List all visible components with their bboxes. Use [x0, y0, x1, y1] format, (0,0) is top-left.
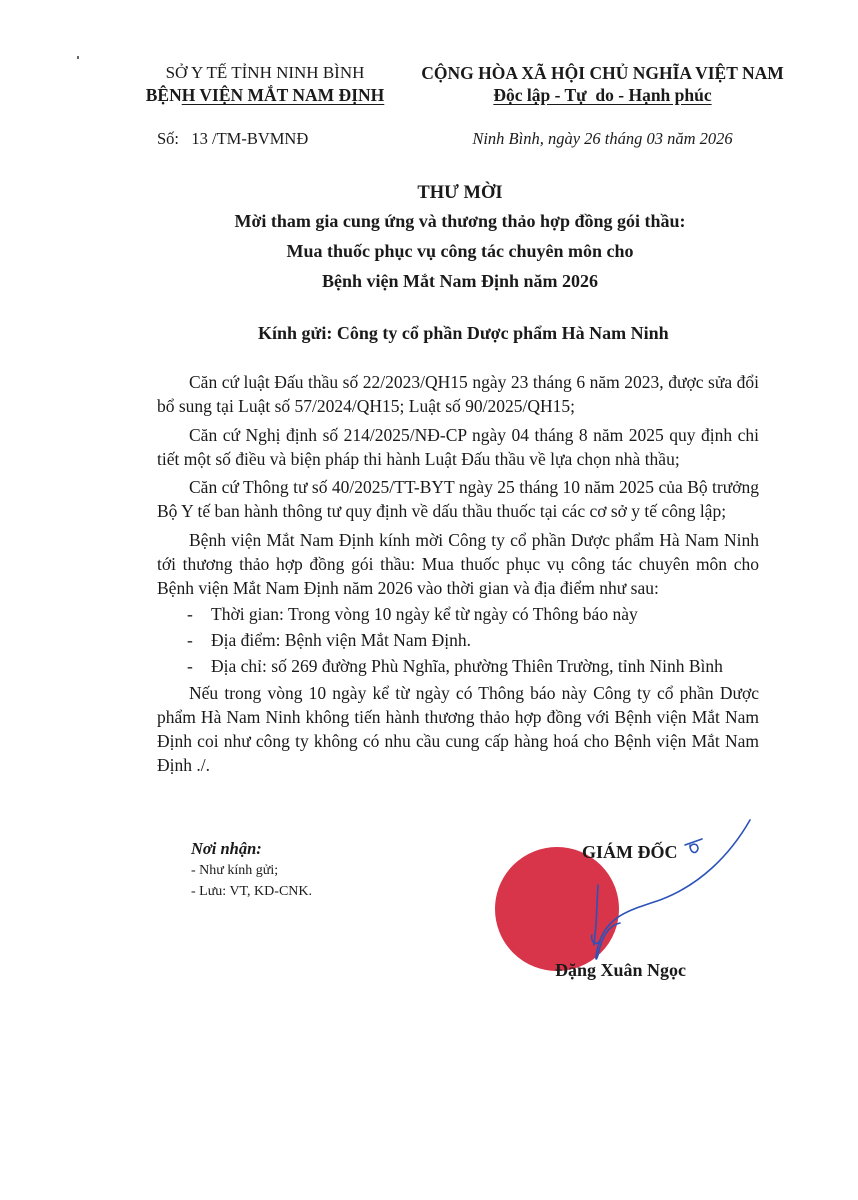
legal-basis-paragraph: Căn cứ Nghị định số 214/2025/NĐ-CP ngày … — [157, 423, 759, 472]
subtitle-line: Bệnh viện Mắt Nam Định năm 2026 — [140, 266, 780, 296]
distribution-list: Nơi nhận: - Như kính gửi; - Lưu: VT, KD-… — [191, 838, 312, 902]
national-header: CỘNG HÒA XÃ HỘI CHỦ NGHĨA VIỆT NAM Độc l… — [420, 62, 785, 106]
bullet-item: -Địa điểm: Bệnh viện Mắt Nam Định. — [157, 628, 759, 652]
place-and-date: Ninh Bình, ngày 26 tháng 03 năm 2026 — [420, 129, 785, 149]
bullet-text: Thời gian: Trong vòng 10 ngày kể từ ngày… — [211, 602, 638, 626]
bullet-item: -Địa chỉ: số 269 đường Phù Nghĩa, phường… — [157, 654, 759, 678]
legal-basis-paragraph: Căn cứ luật Đấu thầu số 22/2023/QH15 ngà… — [157, 370, 759, 419]
motto-text: Độc lập - Tự do - Hạnh phúc — [493, 85, 711, 105]
signer-name: Đặng Xuân Ngọc — [555, 960, 686, 981]
distribution-item: - Lưu: VT, KD-CNK. — [191, 881, 312, 902]
letter-body: Căn cứ luật Đấu thầu số 22/2023/QH15 ngà… — [157, 370, 759, 778]
scan-speck — [77, 56, 79, 59]
handwritten-signature-icon — [590, 815, 760, 975]
document-title: THƯ MỜI — [140, 180, 780, 206]
distribution-heading: Nơi nhận: — [191, 838, 312, 860]
bullet-item: -Thời gian: Trong vòng 10 ngày kể từ ngà… — [157, 602, 759, 626]
bullet-marker: - — [187, 602, 211, 626]
bullet-text: Địa điểm: Bệnh viện Mắt Nam Định. — [211, 628, 471, 652]
national-motto: Độc lập - Tự do - Hạnh phúc — [420, 84, 785, 106]
country-name: CỘNG HÒA XÃ HỘI CHỦ NGHĨA VIỆT NAM — [420, 62, 785, 84]
legal-basis-paragraph: Căn cứ Thông tư số 40/2025/TT-BYT ngày 2… — [157, 475, 759, 524]
document-number: Số: 13 /TM-BVMNĐ — [157, 129, 308, 149]
bullet-text: Địa chỉ: số 269 đường Phù Nghĩa, phường … — [211, 654, 723, 678]
invitation-paragraph: Bệnh viện Mắt Nam Định kính mời Công ty … — [157, 528, 759, 601]
organization-name-prefix: BỆN — [146, 85, 182, 105]
title-block: THƯ MỜI Mời tham gia cung ứng và thương … — [140, 180, 780, 296]
organization-name: BỆNH VIỆN MẮT NAM ĐỊNH — [130, 84, 400, 106]
organization-name-underlined: H VIỆN MẮT NAM ĐỊNH — [182, 85, 385, 105]
distribution-item: - Như kính gửi; — [191, 860, 312, 881]
svg-text:NAM ĐỊNH: NAM ĐỊNH — [526, 913, 587, 925]
recipient-line: Kính gửi: Công ty cổ phần Dược phẩm Hà N… — [258, 323, 669, 344]
bullet-marker: - — [187, 654, 211, 678]
bullet-marker: - — [187, 628, 211, 652]
subtitle-line: Mua thuốc phục vụ công tác chuyên môn ch… — [140, 236, 780, 266]
subtitle-line: Mời tham gia cung ứng và thương thảo hợp… — [140, 206, 780, 236]
issuer-header: SỞ Y TẾ TỈNH NINH BÌNH BỆNH VIỆN MẮT NAM… — [130, 62, 400, 106]
agency-name: SỞ Y TẾ TỈNH NINH BÌNH — [130, 62, 400, 84]
closing-paragraph: Nếu trong vòng 10 ngày kể từ ngày có Thô… — [157, 681, 759, 778]
